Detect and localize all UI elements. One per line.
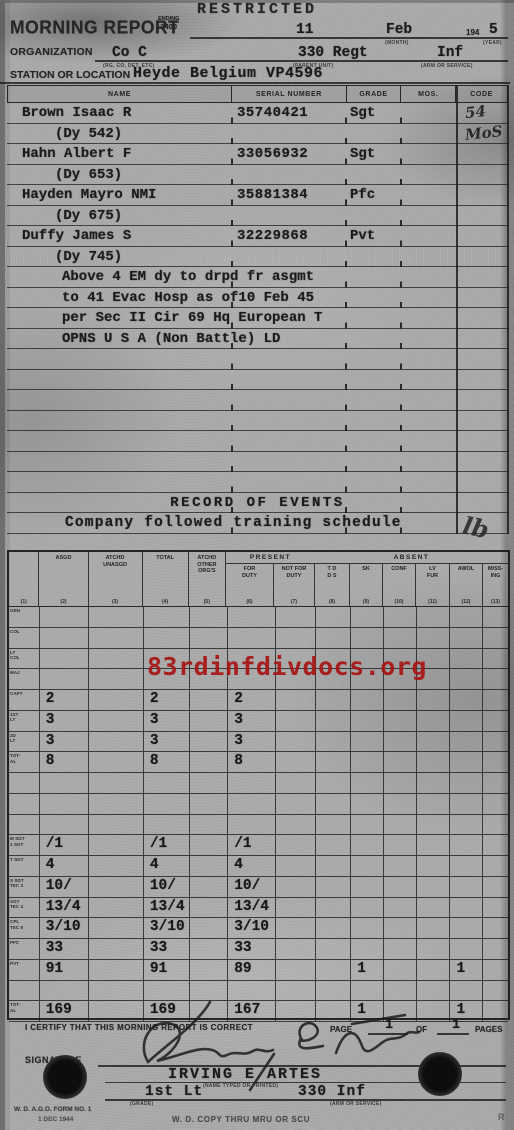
organization-label: ORGANIZATION (10, 46, 93, 58)
form-row-entry: Brown Isaac R35740421Sgt54 (7, 103, 508, 124)
stat-cell (190, 856, 228, 876)
stat-cell (276, 898, 317, 918)
stat-cell (316, 960, 351, 980)
form-row-blank (7, 452, 508, 473)
name-table-rows: Brown Isaac R35740421Sgt54(Dy 542)MoSHah… (7, 103, 508, 534)
stat-cell: 3/10 (228, 918, 276, 938)
stat-cell (417, 835, 451, 855)
stat-cell (351, 607, 384, 627)
stat-row-label: TOT-AL (9, 752, 40, 772)
stat-row-col: COL (9, 628, 508, 649)
stat-cell (450, 711, 483, 731)
row-text: OPNS U S A (Non Battle) LD (62, 331, 280, 347)
morning-report-scan: RESTRICTED MORNING REPORT ENDING 2400 11… (0, 0, 514, 1130)
row-text: RECORD OF EVENTS (7, 493, 508, 511)
stat-cell (483, 773, 508, 793)
watermark: 83rdinfdivdocs.org (147, 652, 427, 681)
stat-cell (483, 607, 508, 627)
stat-cell (417, 939, 451, 959)
station-value: Heyde Belgium VP4596 (133, 65, 323, 82)
station-underline (0, 82, 510, 84)
stat-cell (144, 607, 191, 627)
stat-cell (351, 856, 384, 876)
stat-cell: 3 (228, 732, 276, 752)
stat-cell (228, 773, 276, 793)
form-number: W. D. A.G.O. FORM NO. 1 (14, 1106, 91, 1113)
stat-row-1st-lt: 1STLT333 (9, 711, 508, 732)
form-title: MORNING REPORT (10, 16, 179, 38)
stat-cell (316, 732, 351, 752)
row-text: Hahn Albert F (22, 146, 131, 162)
row-text: (Dy 745) (55, 249, 122, 265)
stat-row-sgt-tec-4: SGTTEC 413/413/413/4 (9, 898, 508, 919)
stat-col-conf: CONF(10) (383, 564, 416, 606)
row-text: to 41 Evac Hosp as of10 Feb 45 (62, 290, 314, 306)
form-row-remark: per Sec II Cir 69 Hq European T (7, 308, 508, 329)
stat-cell (351, 918, 384, 938)
stat-row-pfc: PFC333333 (9, 939, 508, 960)
stat-row (9, 794, 508, 815)
form-row-blank (7, 390, 508, 411)
punch-hole-right (418, 1052, 462, 1096)
handwritten-code: MoS (464, 122, 503, 144)
punch-hole-left (43, 1055, 87, 1099)
report-month: Feb (386, 22, 412, 38)
stat-col-missing: MISS-ING(13) (483, 564, 508, 606)
stat-cell (450, 649, 483, 669)
stat-cell (144, 628, 191, 648)
stat-cell (417, 898, 451, 918)
stat-cell (190, 877, 228, 897)
stat-cell (417, 794, 451, 814)
stat-cell (483, 649, 508, 669)
stat-cell (384, 898, 417, 918)
stat-row-label: M SGT1 SGT (9, 835, 40, 855)
stat-cell (483, 669, 508, 689)
stat-cell (89, 690, 144, 710)
stat-cell (228, 794, 276, 814)
stat-cell: 13/4 (144, 898, 191, 918)
serial-number: 33056932 (237, 146, 308, 162)
stat-cell (89, 898, 144, 918)
stat-cell (351, 732, 384, 752)
stat-cell (384, 711, 417, 731)
form-row-blank (7, 431, 508, 452)
stat-cell (417, 918, 451, 938)
code-column-line (456, 85, 458, 534)
stat-cell (351, 815, 384, 835)
stat-col-sk: SK(9) (350, 564, 383, 606)
typed-name: IRVING E ARTES (168, 1066, 322, 1083)
report-day: 11 (296, 22, 313, 38)
stat-cell (276, 690, 317, 710)
stat-cell (450, 773, 483, 793)
row-text: Hayden Mayro NMI (22, 187, 156, 203)
grade-caption: (GRADE) (130, 1101, 154, 1107)
stat-cell (89, 856, 144, 876)
stat-cell (190, 939, 228, 959)
stat-cell (190, 960, 228, 980)
row-text: Above 4 EM dy to drpd fr asgmt (62, 269, 314, 285)
year-printed: 194 (466, 28, 479, 37)
stat-cell (190, 607, 228, 627)
form-row-entry-cont: (Dy 542)MoS (7, 124, 508, 145)
mos-column-ticks (400, 103, 402, 534)
form-row-event: Company followed training schedule (7, 513, 508, 534)
stat-cell (40, 815, 90, 835)
stat-cell (316, 607, 351, 627)
row-text: per Sec II Cir 69 Hq European T (62, 310, 322, 326)
stat-cell (450, 815, 483, 835)
stat-cell (316, 856, 351, 876)
station-label: STATION OR LOCATION (10, 69, 130, 81)
stat-cell (417, 690, 451, 710)
row-text: (Dy 542) (55, 126, 122, 142)
row-text: Duffy James S (22, 228, 131, 244)
stat-cell (190, 752, 228, 772)
form-row-entry-cont: (Dy 653) (7, 165, 508, 186)
stat-row-label: PFC (9, 939, 40, 959)
grade: Pfc (350, 187, 375, 203)
stat-cell (276, 960, 317, 980)
stat-cell: 33 (228, 939, 276, 959)
stat-cell (316, 877, 351, 897)
stat-cell (276, 773, 317, 793)
stat-row-pvt: PVT91918911 (9, 960, 508, 981)
stat-col-for-duty: FOR DUTY(6) (226, 564, 274, 606)
stat-cell (450, 918, 483, 938)
stat-cell (89, 732, 144, 752)
stat-cell (417, 732, 451, 752)
stat-cell: 10/ (40, 877, 90, 897)
stat-cell (450, 898, 483, 918)
col-header-mos: MOS. (401, 86, 456, 102)
stat-cell (316, 794, 351, 814)
form-row-entry: Hayden Mayro NMI35881384Pfc (7, 185, 508, 206)
stat-row-label: PVT (9, 960, 40, 980)
stat-col-not-for-duty: NOT FOR DUTY(7) (274, 564, 315, 606)
stat-cell (144, 773, 191, 793)
stat-cell (351, 877, 384, 897)
stat-row-m-sgt-1-sgt: M SGT1 SGT/1/1/1 (9, 835, 508, 856)
stat-cell (276, 711, 317, 731)
stat-cell (483, 628, 508, 648)
stat-cell (316, 711, 351, 731)
stat-row-t-sgt: T SGT444 (9, 856, 508, 877)
printers-mark: R (498, 1112, 505, 1122)
strength-table: (1) ASGD(2) ATCHD UNASGD(3) TOTAL(4) ATC… (7, 550, 510, 1020)
stat-cell (417, 773, 451, 793)
form-row-entry-cont: (Dy 675) (7, 206, 508, 227)
stat-cell (228, 628, 276, 648)
stat-cell: 2 (144, 690, 191, 710)
form-date: 1 DEC 1944 (38, 1116, 73, 1123)
form-row-entry: Hahn Albert F33056932Sgt (7, 144, 508, 165)
stat-col-td-ds: T D D S(8) (315, 564, 350, 606)
stat-cell (384, 856, 417, 876)
stat-cell (89, 815, 144, 835)
stat-cell (89, 649, 144, 669)
form-row-remark: OPNS U S A (Non Battle) LD (7, 329, 508, 350)
stat-cell (351, 939, 384, 959)
stat-cell: 3/10 (144, 918, 191, 938)
stat-cell: 10/ (144, 877, 191, 897)
stat-cell (384, 732, 417, 752)
stat-row-cpl-tec-5: CPLTEC 53/103/103/10 (9, 918, 508, 939)
stat-cell (417, 856, 451, 876)
stat-row (9, 773, 508, 794)
stat-row-tot-al: TOT-AL888 (9, 752, 508, 773)
stat-cell (89, 960, 144, 980)
col-header-code: CODE (456, 86, 507, 102)
stat-cell (384, 918, 417, 938)
serial-number: 35740421 (237, 105, 308, 121)
stat-cell (276, 918, 317, 938)
stat-cell (351, 773, 384, 793)
serial-column-ticks (231, 103, 233, 534)
stat-cell (450, 939, 483, 959)
grade-underline (105, 1099, 506, 1101)
stat-row-label: LTCOL (9, 649, 40, 669)
stat-cell (89, 939, 144, 959)
stat-cell (89, 918, 144, 938)
stat-cell: 33 (144, 939, 191, 959)
form-row-entry: Duffy James S32229868Pvt (7, 226, 508, 247)
stat-cell (190, 898, 228, 918)
stat-cell (351, 898, 384, 918)
stat-col-total: TOTAL(4) (143, 552, 189, 606)
stat-cell (417, 628, 451, 648)
stat-cell (89, 607, 144, 627)
col-header-grade: GRADE (347, 86, 402, 102)
grade-value: 1st Lt (145, 1084, 203, 1100)
absent-group-title: ABSENT (315, 552, 508, 564)
stat-cell: 4 (144, 856, 191, 876)
stat-cell (483, 711, 508, 731)
stat-cell (351, 628, 384, 648)
stat-cell (89, 877, 144, 897)
grade: Sgt (350, 105, 375, 121)
row-text: Company followed training schedule (65, 515, 402, 531)
stat-cell: 3/10 (40, 918, 90, 938)
stat-row-label: 2DLT (9, 732, 40, 752)
stat-cell (190, 628, 228, 648)
stat-cell (40, 794, 90, 814)
stat-cell (40, 773, 90, 793)
row-text: (Dy 653) (55, 167, 122, 183)
stat-cell (483, 898, 508, 918)
stat-cell (483, 752, 508, 772)
stat-cell (276, 628, 317, 648)
stat-cell: 91 (144, 960, 191, 980)
stat-cell (276, 607, 317, 627)
stat-col-rowlabel: (1) (9, 552, 39, 606)
stat-row-capt: CAPT222 (9, 690, 508, 711)
stat-row-2d-lt: 2DLT333 (9, 732, 508, 753)
stat-cell (89, 835, 144, 855)
present-group: PRESENT FOR DUTY(6) NOT FOR DUTY(7) (226, 552, 315, 606)
stat-cell (316, 690, 351, 710)
row-text: Brown Isaac R (22, 105, 131, 121)
stat-cell: 4 (40, 856, 90, 876)
stat-cell (316, 939, 351, 959)
form-row-blank (7, 472, 508, 493)
stat-cell (384, 939, 417, 959)
stat-cell (351, 752, 384, 772)
stat-cell (276, 856, 317, 876)
stat-col-lv-fur: LV FUR(11) (416, 564, 450, 606)
year-caption: (YEAR) (483, 40, 502, 46)
stat-cell (417, 607, 451, 627)
stat-row-label: S SGTTEC 3 (9, 877, 40, 897)
stat-cell: 89 (228, 960, 276, 980)
stat-cell: 8 (228, 752, 276, 772)
stat-cell (351, 711, 384, 731)
stat-cell (450, 669, 483, 689)
stat-cell: 2 (40, 690, 90, 710)
stat-col-atchd-other: ATCHD OTHER ORG'S(5) (189, 552, 226, 606)
stat-cell (450, 752, 483, 772)
stat-cell (40, 607, 90, 627)
stat-cell (276, 939, 317, 959)
stat-cell (450, 835, 483, 855)
grade-column-ticks (345, 103, 347, 534)
stat-cell (89, 773, 144, 793)
present-group-title: PRESENT (226, 552, 315, 564)
stat-cell (276, 835, 317, 855)
stat-row-label: T SGT (9, 856, 40, 876)
stat-cell (89, 752, 144, 772)
handwritten-initials: lb (460, 511, 491, 545)
stat-cell (228, 607, 276, 627)
stat-cell (316, 815, 351, 835)
handwritten-code: 54 (464, 102, 487, 122)
stat-row-label: COL (9, 628, 40, 648)
stat-cell (316, 898, 351, 918)
stat-row-s-sgt-tec-3: S SGTTEC 310/10/10/ (9, 877, 508, 898)
form-row-remark: to 41 Evac Hosp as of10 Feb 45 (7, 288, 508, 309)
stat-cell (450, 794, 483, 814)
stat-cell: /1 (228, 835, 276, 855)
arm-service-caption: (ARM OR SERVICE) (330, 1101, 382, 1107)
stat-cell: 33 (40, 939, 90, 959)
stat-row-label (9, 794, 40, 814)
stat-cell (89, 794, 144, 814)
stat-cell (276, 752, 317, 772)
stat-cell: 8 (144, 752, 191, 772)
stat-cell (316, 918, 351, 938)
stat-col-awol: AWOL(12) (450, 564, 483, 606)
stat-cell: 10/ (228, 877, 276, 897)
stat-cell: 3 (144, 711, 191, 731)
stat-cell (384, 752, 417, 772)
stat-cell (190, 711, 228, 731)
stat-cell: 13/4 (228, 898, 276, 918)
stat-cell (483, 877, 508, 897)
form-row-blank (7, 370, 508, 391)
organization-parent: 330 Regt (298, 45, 368, 61)
stat-cell (450, 877, 483, 897)
stat-cell (384, 960, 417, 980)
arm-value: 330 Inf (298, 1084, 366, 1100)
classification-banner: RESTRICTED (0, 1, 514, 18)
stat-row-label: SGTTEC 4 (9, 898, 40, 918)
stat-cell (276, 877, 317, 897)
stat-cell (450, 690, 483, 710)
stat-cell (483, 732, 508, 752)
serial-number: 32229868 (237, 228, 308, 244)
stat-cell (417, 711, 451, 731)
stat-cell (483, 835, 508, 855)
stat-cell (89, 628, 144, 648)
stat-row-label (9, 815, 40, 835)
stat-cell (316, 773, 351, 793)
stat-col-atchd-unasgd: ATCHD UNASGD(3) (89, 552, 143, 606)
stat-cell (40, 649, 90, 669)
stat-row-gen: GEN (9, 607, 508, 628)
stat-cell (384, 835, 417, 855)
stat-cell (450, 607, 483, 627)
stat-row-label: GEN (9, 607, 40, 627)
stat-cell: 4 (228, 856, 276, 876)
stat-row-label: CAPT (9, 690, 40, 710)
month-caption: (MONTH) (385, 40, 409, 46)
grade: Pvt (350, 228, 375, 244)
stat-cell (190, 918, 228, 938)
absent-group: ABSENT T D D S(8) SK(9) CONF(10) LV FUR(… (315, 552, 508, 606)
row-text: (Dy 675) (55, 208, 122, 224)
form-row-section-title: RECORD OF EVENTS (7, 493, 508, 514)
stat-cell (89, 711, 144, 731)
right-edge-line (507, 85, 509, 534)
typed-name-caption: (NAME TYPED OR PRINTED) (203, 1083, 278, 1089)
stat-cell: 3 (228, 711, 276, 731)
stat-cell (144, 794, 191, 814)
stat-cell (483, 918, 508, 938)
stat-cell (144, 815, 191, 835)
stat-cell (351, 690, 384, 710)
copy-note: W. D. COPY THRU MRU OR SCU (172, 1115, 310, 1124)
stat-cell (276, 815, 317, 835)
stat-cell (450, 856, 483, 876)
stat-cell (483, 794, 508, 814)
organization-unit: Co C (112, 45, 147, 61)
stat-cell (384, 607, 417, 627)
stat-cell (190, 815, 228, 835)
stat-cell (450, 628, 483, 648)
stat-cell: 13/4 (40, 898, 90, 918)
serial-number: 35881384 (237, 187, 308, 203)
stat-cell (417, 815, 451, 835)
stat-row-label: CPLTEC 5 (9, 918, 40, 938)
form-row-remark: Above 4 EM dy to drpd fr asgmt (7, 267, 508, 288)
stat-cell: 3 (144, 732, 191, 752)
stat-cell (190, 835, 228, 855)
stat-cell: 91 (40, 960, 90, 980)
stat-cell (483, 960, 508, 980)
stat-cell (351, 835, 384, 855)
form-row-blank (7, 349, 508, 370)
stat-cell (483, 815, 508, 835)
stat-cell (316, 835, 351, 855)
name-table-header: NAME SERIAL NUMBER GRADE MOS. CODE (7, 85, 508, 103)
stat-row-label (9, 773, 40, 793)
form-row-entry-cont: (Dy 745) (7, 247, 508, 268)
date-underline (190, 37, 508, 39)
stat-cell: 8 (40, 752, 90, 772)
stat-cell (351, 794, 384, 814)
stat-cell (384, 628, 417, 648)
